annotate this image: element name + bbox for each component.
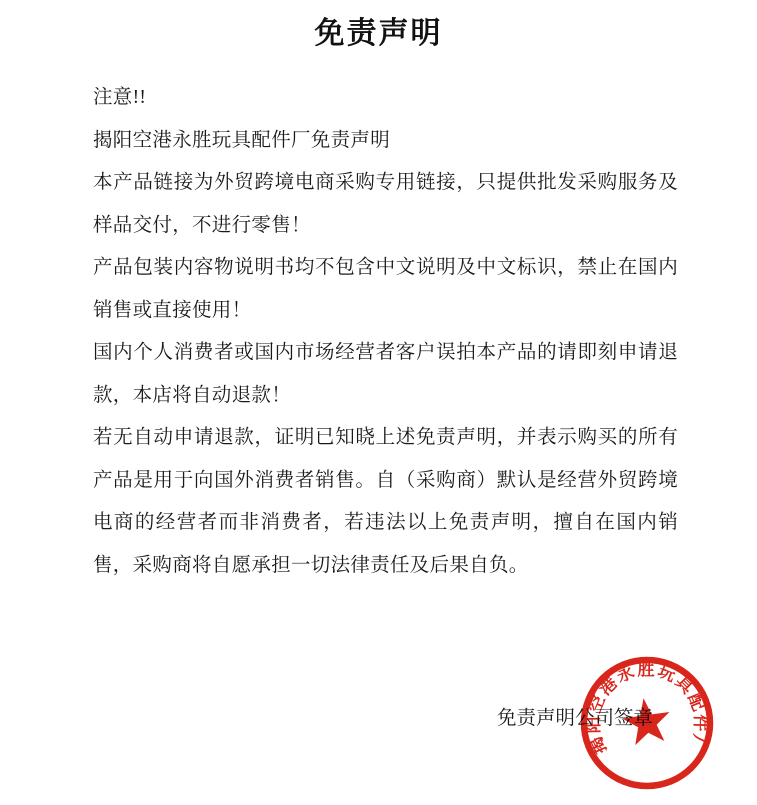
paragraph-wholesale-only: 本产品链接为外贸跨境电商采购专用链接，只提供批发采购服务及样品交付，不进行零售！ <box>93 162 678 247</box>
star-icon <box>620 695 673 746</box>
paragraph-liability: 若无自动申请退款，证明已知晓上述免责声明，并表示购买的所有产品是用于向国外消费者… <box>93 417 678 587</box>
paragraph-factory-statement: 揭阳空港永胜玩具配件厂免责声明 <box>93 120 678 163</box>
disclaimer-document: 免责声明 注意!! 揭阳空港永胜玩具配件厂免责声明 本产品链接为外贸跨境电商采购… <box>0 0 757 805</box>
document-title: 免责声明 <box>0 8 757 52</box>
company-stamp-seal: 揭阳空港永胜玩具配件厂 <box>577 653 717 793</box>
paragraph-no-chinese-label: 产品包装内容物说明书均不包含中文说明及中文标识，禁止在国内销售或直接使用！ <box>93 247 678 332</box>
paragraph-refund: 国内个人消费者或国内市场经营者客户误拍本产品的请即刻申请退款，本店将自动退款！ <box>93 332 678 417</box>
paragraph-notice: 注意!! <box>93 77 678 120</box>
document-body: 注意!! 揭阳空港永胜玩具配件厂免责声明 本产品链接为外贸跨境电商采购专用链接，… <box>93 77 678 587</box>
